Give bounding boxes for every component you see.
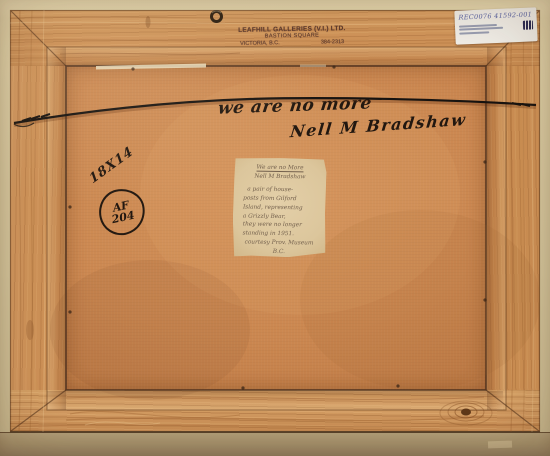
framer-stamp-city: VICTORIA, B.C. (240, 40, 280, 48)
sticker-print-row (459, 20, 533, 35)
auction-house-logo-icon (523, 20, 533, 29)
sticker-fine-print (459, 22, 503, 36)
frame-bottom-rail (10, 390, 540, 432)
description-label: We are no More Nell M Bradshaw a pair of… (232, 157, 326, 257)
catalog-mark-bottom: 204 (111, 210, 136, 226)
photo-background-bottom (0, 432, 550, 456)
framed-picture-back-photo: LEAFHILL GALLERIES (V.I.) LTD. BASTION S… (0, 0, 550, 456)
framer-stamp-phone: 384-2313 (321, 39, 344, 46)
frame-left-rail (10, 10, 66, 432)
label-artist-line: Nell M Bradshaw (238, 172, 321, 182)
inventory-sticker: REC0076 41592-001 (454, 7, 537, 45)
frame-right-rail (484, 10, 540, 432)
framer-stamp: LEAFHILL GALLERIES (V.I.) LTD. BASTION S… (232, 25, 352, 48)
